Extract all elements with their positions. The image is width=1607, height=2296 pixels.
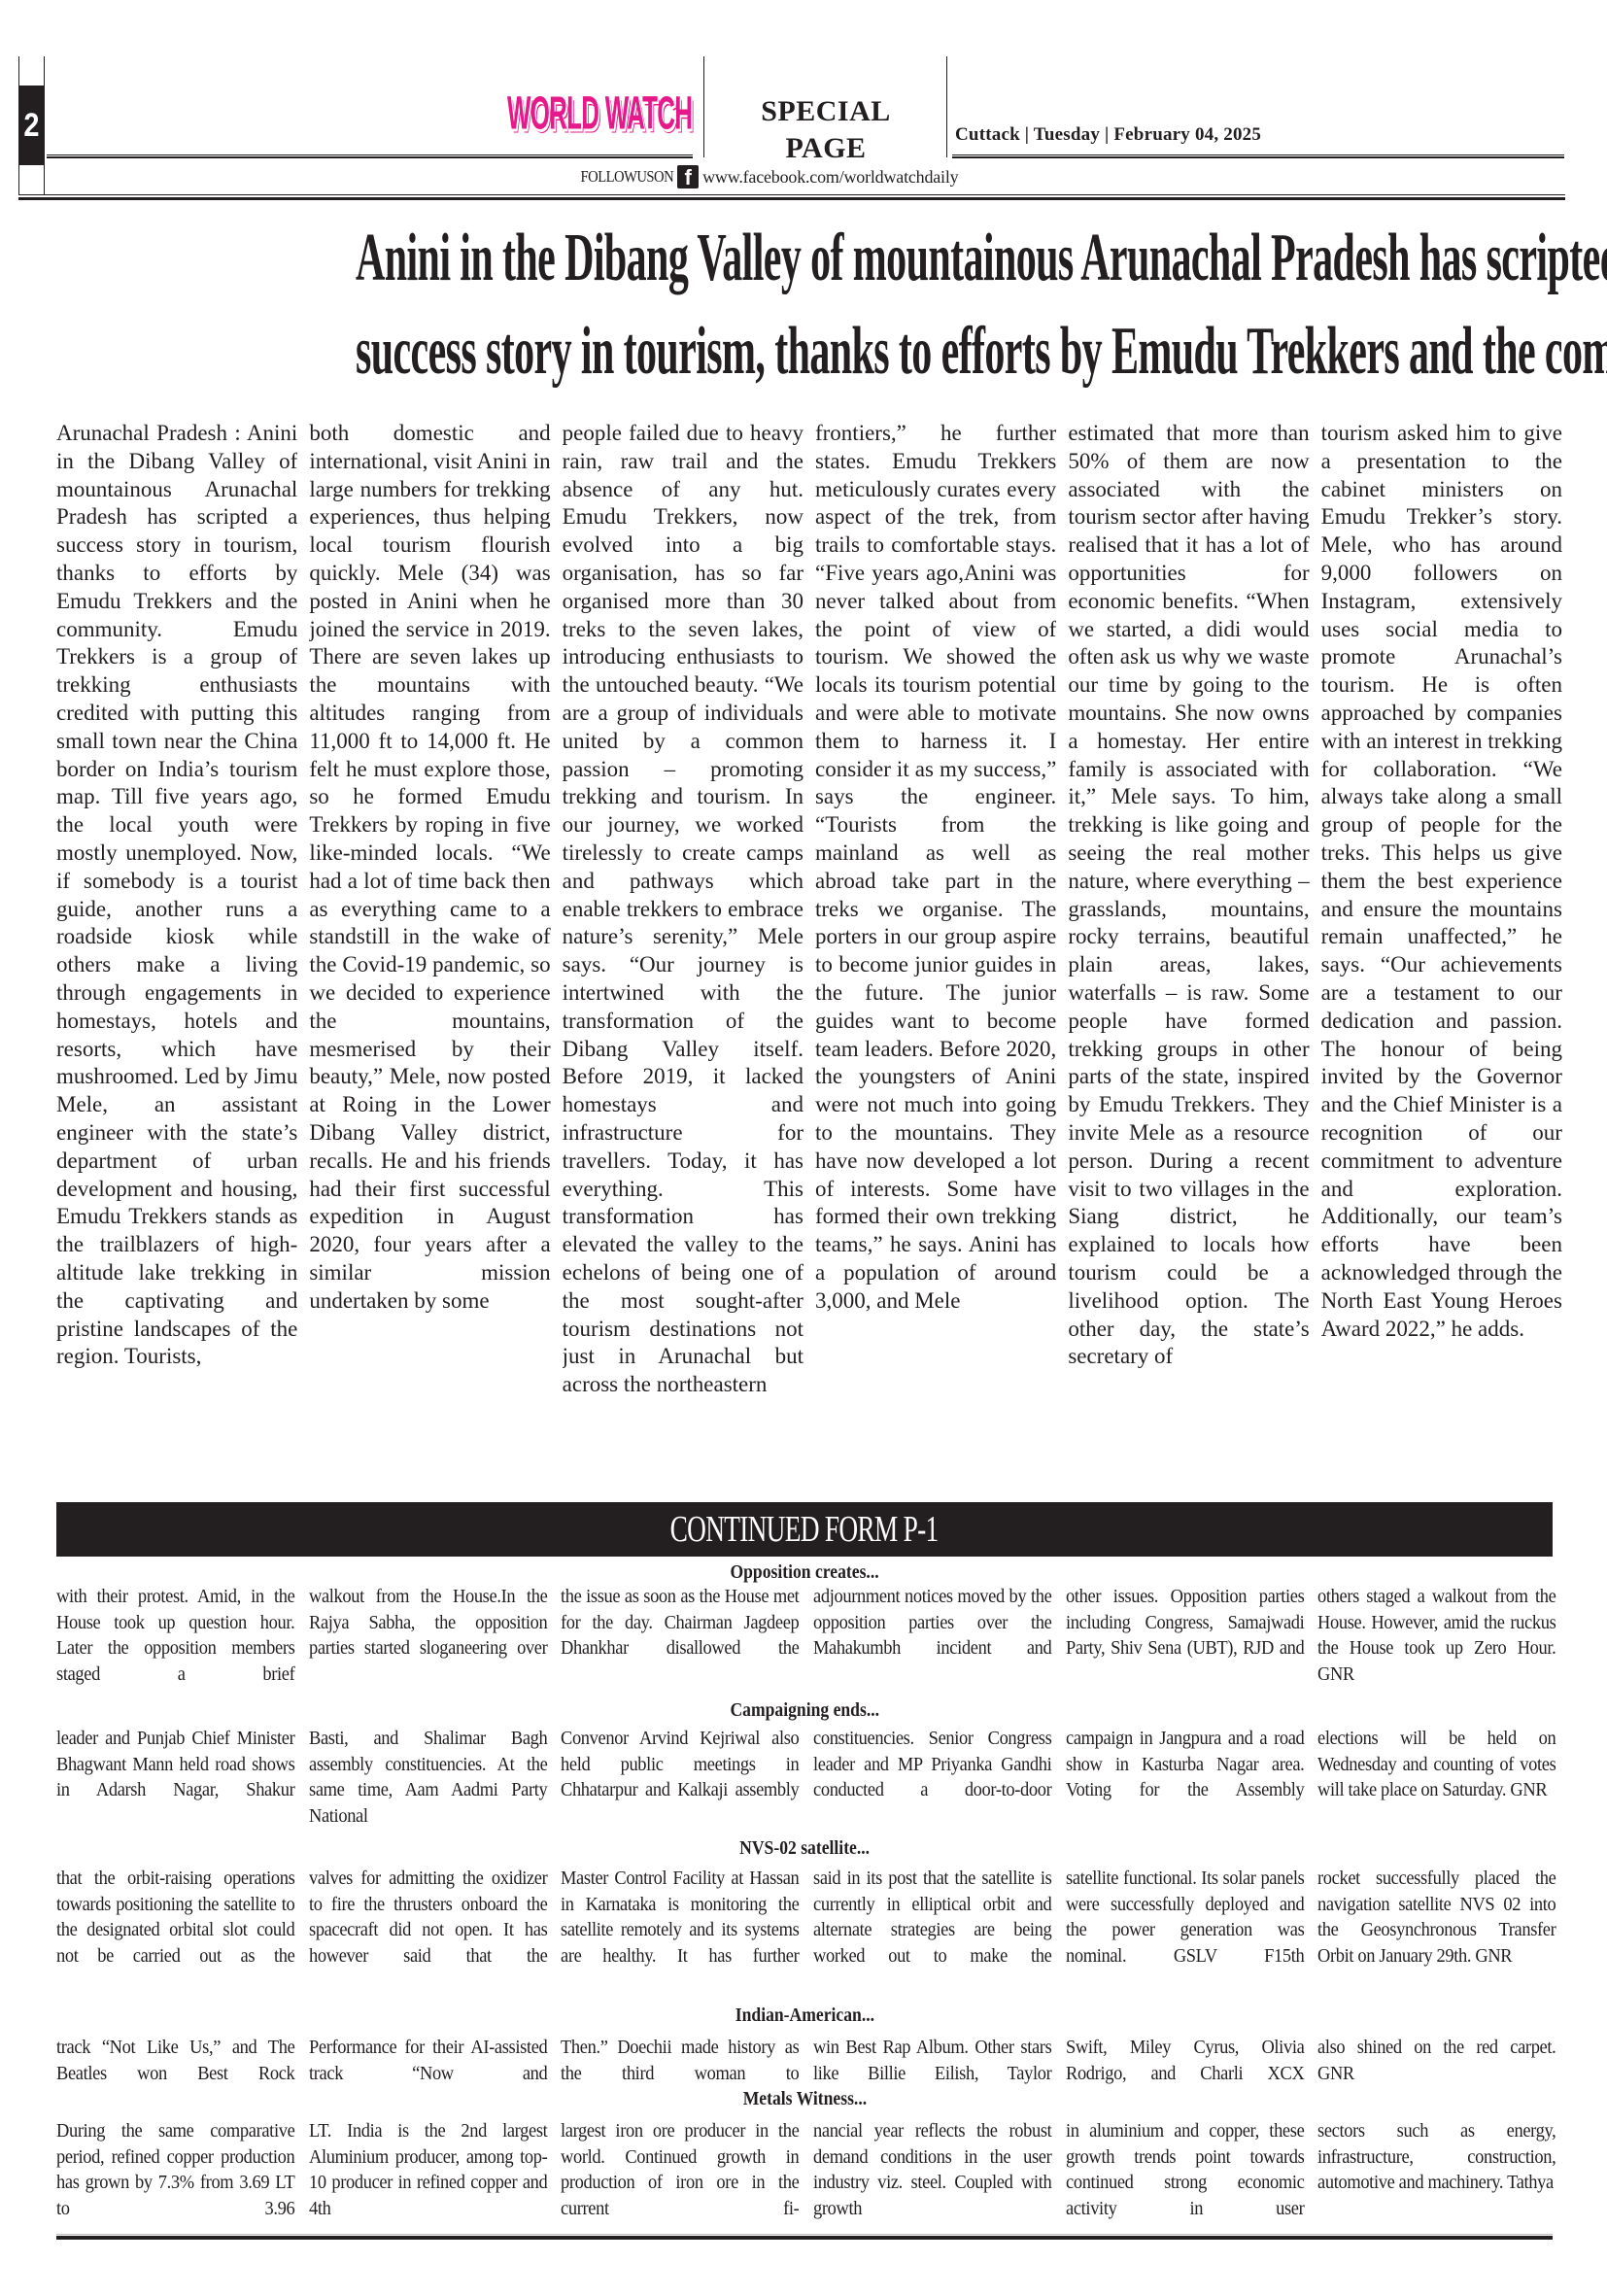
continued-banner: CONTINUED FORM P-1 (56, 1502, 1553, 1557)
brief-text: Swift, Miley Cyrus, Olivia Rodrigo, and … (1066, 2035, 1304, 2086)
article-text: tourism asked him to give a presentation… (1321, 420, 1562, 1343)
page-bottom-rule (56, 2234, 1553, 2240)
article-column: people failed due to heavy rain, raw tra… (563, 420, 803, 1487)
brief-title-text: Indian-American... (735, 2004, 873, 2027)
article-column: tourism asked him to give a presentation… (1321, 420, 1562, 1487)
facebook-icon[interactable]: f (677, 165, 699, 188)
brief-text: that the orbit-raising operations toward… (56, 1866, 294, 1970)
brief-column: walkout from the House.In the Rajya Sabh… (309, 1584, 548, 1688)
brief-column: rocket successfully placed the navigatio… (1317, 1866, 1556, 1970)
page-number: 2 (23, 107, 39, 145)
brief-text: satellite functional. Its solar panels w… (1066, 1866, 1304, 1970)
brief-text: constituencies. Senior Congress leader a… (813, 1726, 1051, 1803)
brief-text: valves for admitting the oxidizer to fir… (309, 1866, 547, 1970)
brief-text: track “Not Like Us,” and The Beatles won… (56, 2035, 294, 2086)
brief-column: Basti, and Shalimar Bagh assembly consti… (309, 1726, 548, 1830)
article-text: people failed due to heavy rain, raw tra… (563, 420, 803, 1399)
brief-title: Metals Witness... (56, 2087, 1553, 2110)
brief-column: Swift, Miley Cyrus, Olivia Rodrigo, and … (1066, 2035, 1305, 2086)
article-column: Arunachal Pradesh : Anini in the Dibang … (56, 420, 297, 1487)
headline-line-2: success story in tourism, thanks to effo… (356, 305, 1253, 398)
header-rule-left (47, 154, 693, 158)
brief-text: During the same comparative period, refi… (56, 2118, 294, 2222)
brief-column: track “Not Like Us,” and The Beatles won… (56, 2035, 295, 2086)
brief-title: Opposition creates... (56, 1560, 1553, 1584)
brief-body: track “Not Like Us,” and The Beatles won… (56, 2035, 1556, 2086)
facebook-url-link[interactable]: www.facebook.com/worldwatchdaily (702, 167, 958, 188)
brief-body: with their protest. Amid, in the House t… (56, 1584, 1556, 1688)
brief-text: nancial year reflects the robust demand … (813, 2118, 1051, 2222)
world-watch-logo: WORLD WATCH (507, 86, 694, 154)
continued-banner-label: CONTINUED FORM P-1 (670, 1508, 939, 1551)
header-divider (946, 56, 947, 157)
brief-text: largest iron ore producer in the world. … (561, 2118, 799, 2222)
brief-column: in aluminium and copper, these growth tr… (1066, 2118, 1305, 2222)
brief-column: satellite functional. Its solar panels w… (1066, 1866, 1305, 1970)
header-divider (703, 56, 704, 157)
brief-column: During the same comparative period, refi… (56, 2118, 295, 2222)
article-column: estimated that more than 50% of them are… (1068, 420, 1309, 1487)
brief-title: NVS-02 satellite... (56, 1836, 1553, 1860)
headline-line-1: Anini in the Dibang Valley of mountainou… (356, 212, 1253, 305)
brief-title-text: Opposition creates... (730, 1560, 878, 1584)
brief-text: sectors such as energy, infrastructure, … (1317, 2118, 1556, 2196)
header-rule-right (952, 154, 1564, 158)
brief-text: walkout from the House.In the Rajya Sabh… (309, 1584, 547, 1662)
brief-column: elections will be held on Wednesday and … (1317, 1726, 1556, 1830)
brief-column: constituencies. Senior Congress leader a… (813, 1726, 1052, 1830)
brief-title: Campaigning ends... (56, 1698, 1553, 1722)
brief-body: leader and Punjab Chief Minister Bhagwan… (56, 1726, 1556, 1830)
article-text: Arunachal Pradesh : Anini in the Dibang … (56, 420, 297, 1371)
brief-column: sectors such as energy, infrastructure, … (1317, 2118, 1556, 2222)
brief-column: said in its post that the satellite is c… (813, 1866, 1052, 1970)
brief-column: adjournment notices moved by the opposit… (813, 1584, 1052, 1688)
article-column: frontiers,” he further states. Emudu Tre… (815, 420, 1056, 1487)
brief-column: the issue as soon as the House met for t… (561, 1584, 800, 1688)
brief-title-text: NVS-02 satellite... (739, 1836, 870, 1860)
section-label: SPECIAL PAGE (705, 93, 946, 167)
brief-text: LT. India is the 2nd largest Aluminium p… (309, 2118, 547, 2222)
article-headline: Anini in the Dibang Valley of mountainou… (56, 212, 1553, 398)
brief-column: Then.” Doechii made history as the third… (561, 2035, 800, 2086)
brief-column: others staged a walkout from the House. … (1317, 1584, 1556, 1688)
brief-column: other issues. Opposition parties includi… (1066, 1584, 1305, 1688)
brief-text: also shined on the red carpet. GNR (1317, 2035, 1556, 2086)
brief-column: win Best Rap Album. Other stars like Bil… (813, 2035, 1052, 2086)
brief-text: Convenor Arvind Kejriwal also held publi… (561, 1726, 799, 1803)
page-number-rule-right (44, 56, 45, 194)
logo-text: WORLD WATCH (507, 86, 692, 141)
dateline: Cuttack | Tuesday | February 04, 2025 (955, 124, 1261, 146)
brief-text: elections will be held on Wednesday and … (1317, 1726, 1556, 1803)
article-text: both domestic and international, visit A… (309, 420, 550, 1316)
masthead-rule (18, 194, 1565, 200)
page-number-badge: 2 (19, 86, 44, 165)
brief-column: LT. India is the 2nd largest Aluminium p… (309, 2118, 548, 2222)
brief-text: the issue as soon as the House met for t… (561, 1584, 799, 1662)
brief-column: with their protest. Amid, in the House t… (56, 1584, 295, 1688)
section-label-line2: PAGE (705, 130, 946, 167)
brief-column: that the orbit-raising operations toward… (56, 1866, 295, 1970)
brief-body: During the same comparative period, refi… (56, 2118, 1556, 2222)
brief-text: leader and Punjab Chief Minister Bhagwan… (56, 1726, 294, 1803)
article-text: frontiers,” he further states. Emudu Tre… (815, 420, 1056, 1316)
brief-column: largest iron ore producer in the world. … (561, 2118, 800, 2222)
follow-label: FOLLOWUSON (581, 167, 674, 187)
brief-text: others staged a walkout from the House. … (1317, 1584, 1556, 1688)
brief-text: in aluminium and copper, these growth tr… (1066, 2118, 1304, 2222)
brief-text: Master Control Facility at Hassan in Kar… (561, 1866, 799, 1970)
brief-title-text: Metals Witness... (742, 2087, 866, 2110)
brief-text: Then.” Doechii made history as the third… (561, 2035, 799, 2086)
brief-body: that the orbit-raising operations toward… (56, 1866, 1556, 1970)
brief-title: Indian-American... (56, 2004, 1553, 2027)
brief-text: Performance for their AI-assisted track … (309, 2035, 547, 2086)
brief-text: with their protest. Amid, in the House t… (56, 1584, 294, 1688)
brief-column: Convenor Arvind Kejriwal also held publi… (561, 1726, 800, 1830)
section-label-line1: SPECIAL (705, 93, 946, 130)
brief-text: Basti, and Shalimar Bagh assembly consti… (309, 1726, 547, 1830)
article-column: both domestic and international, visit A… (309, 420, 550, 1487)
brief-title-text: Campaigning ends... (730, 1698, 879, 1722)
brief-text: other issues. Opposition parties includi… (1066, 1584, 1304, 1662)
brief-column: campaign in Jangpura and a road show in … (1066, 1726, 1305, 1830)
article-body: Arunachal Pradesh : Anini in the Dibang … (56, 420, 1562, 1487)
brief-column: Master Control Facility at Hassan in Kar… (561, 1866, 800, 1970)
brief-column: Performance for their AI-assisted track … (309, 2035, 548, 2086)
brief-text: said in its post that the satellite is c… (813, 1866, 1051, 1970)
brief-column: nancial year reflects the robust demand … (813, 2118, 1052, 2222)
social-follow[interactable]: FOLLOWUSON f www.facebook.com/worldwatch… (565, 165, 958, 188)
brief-text: campaign in Jangpura and a road show in … (1066, 1726, 1304, 1803)
brief-column: valves for admitting the oxidizer to fir… (309, 1866, 548, 1970)
brief-text: adjournment notices moved by the opposit… (813, 1584, 1051, 1662)
brief-text: rocket successfully placed the navigatio… (1317, 1866, 1556, 1970)
brief-text: win Best Rap Album. Other stars like Bil… (813, 2035, 1051, 2086)
article-text: estimated that more than 50% of them are… (1068, 420, 1309, 1371)
brief-column: leader and Punjab Chief Minister Bhagwan… (56, 1726, 295, 1830)
brief-column: also shined on the red carpet. GNR (1317, 2035, 1556, 2086)
